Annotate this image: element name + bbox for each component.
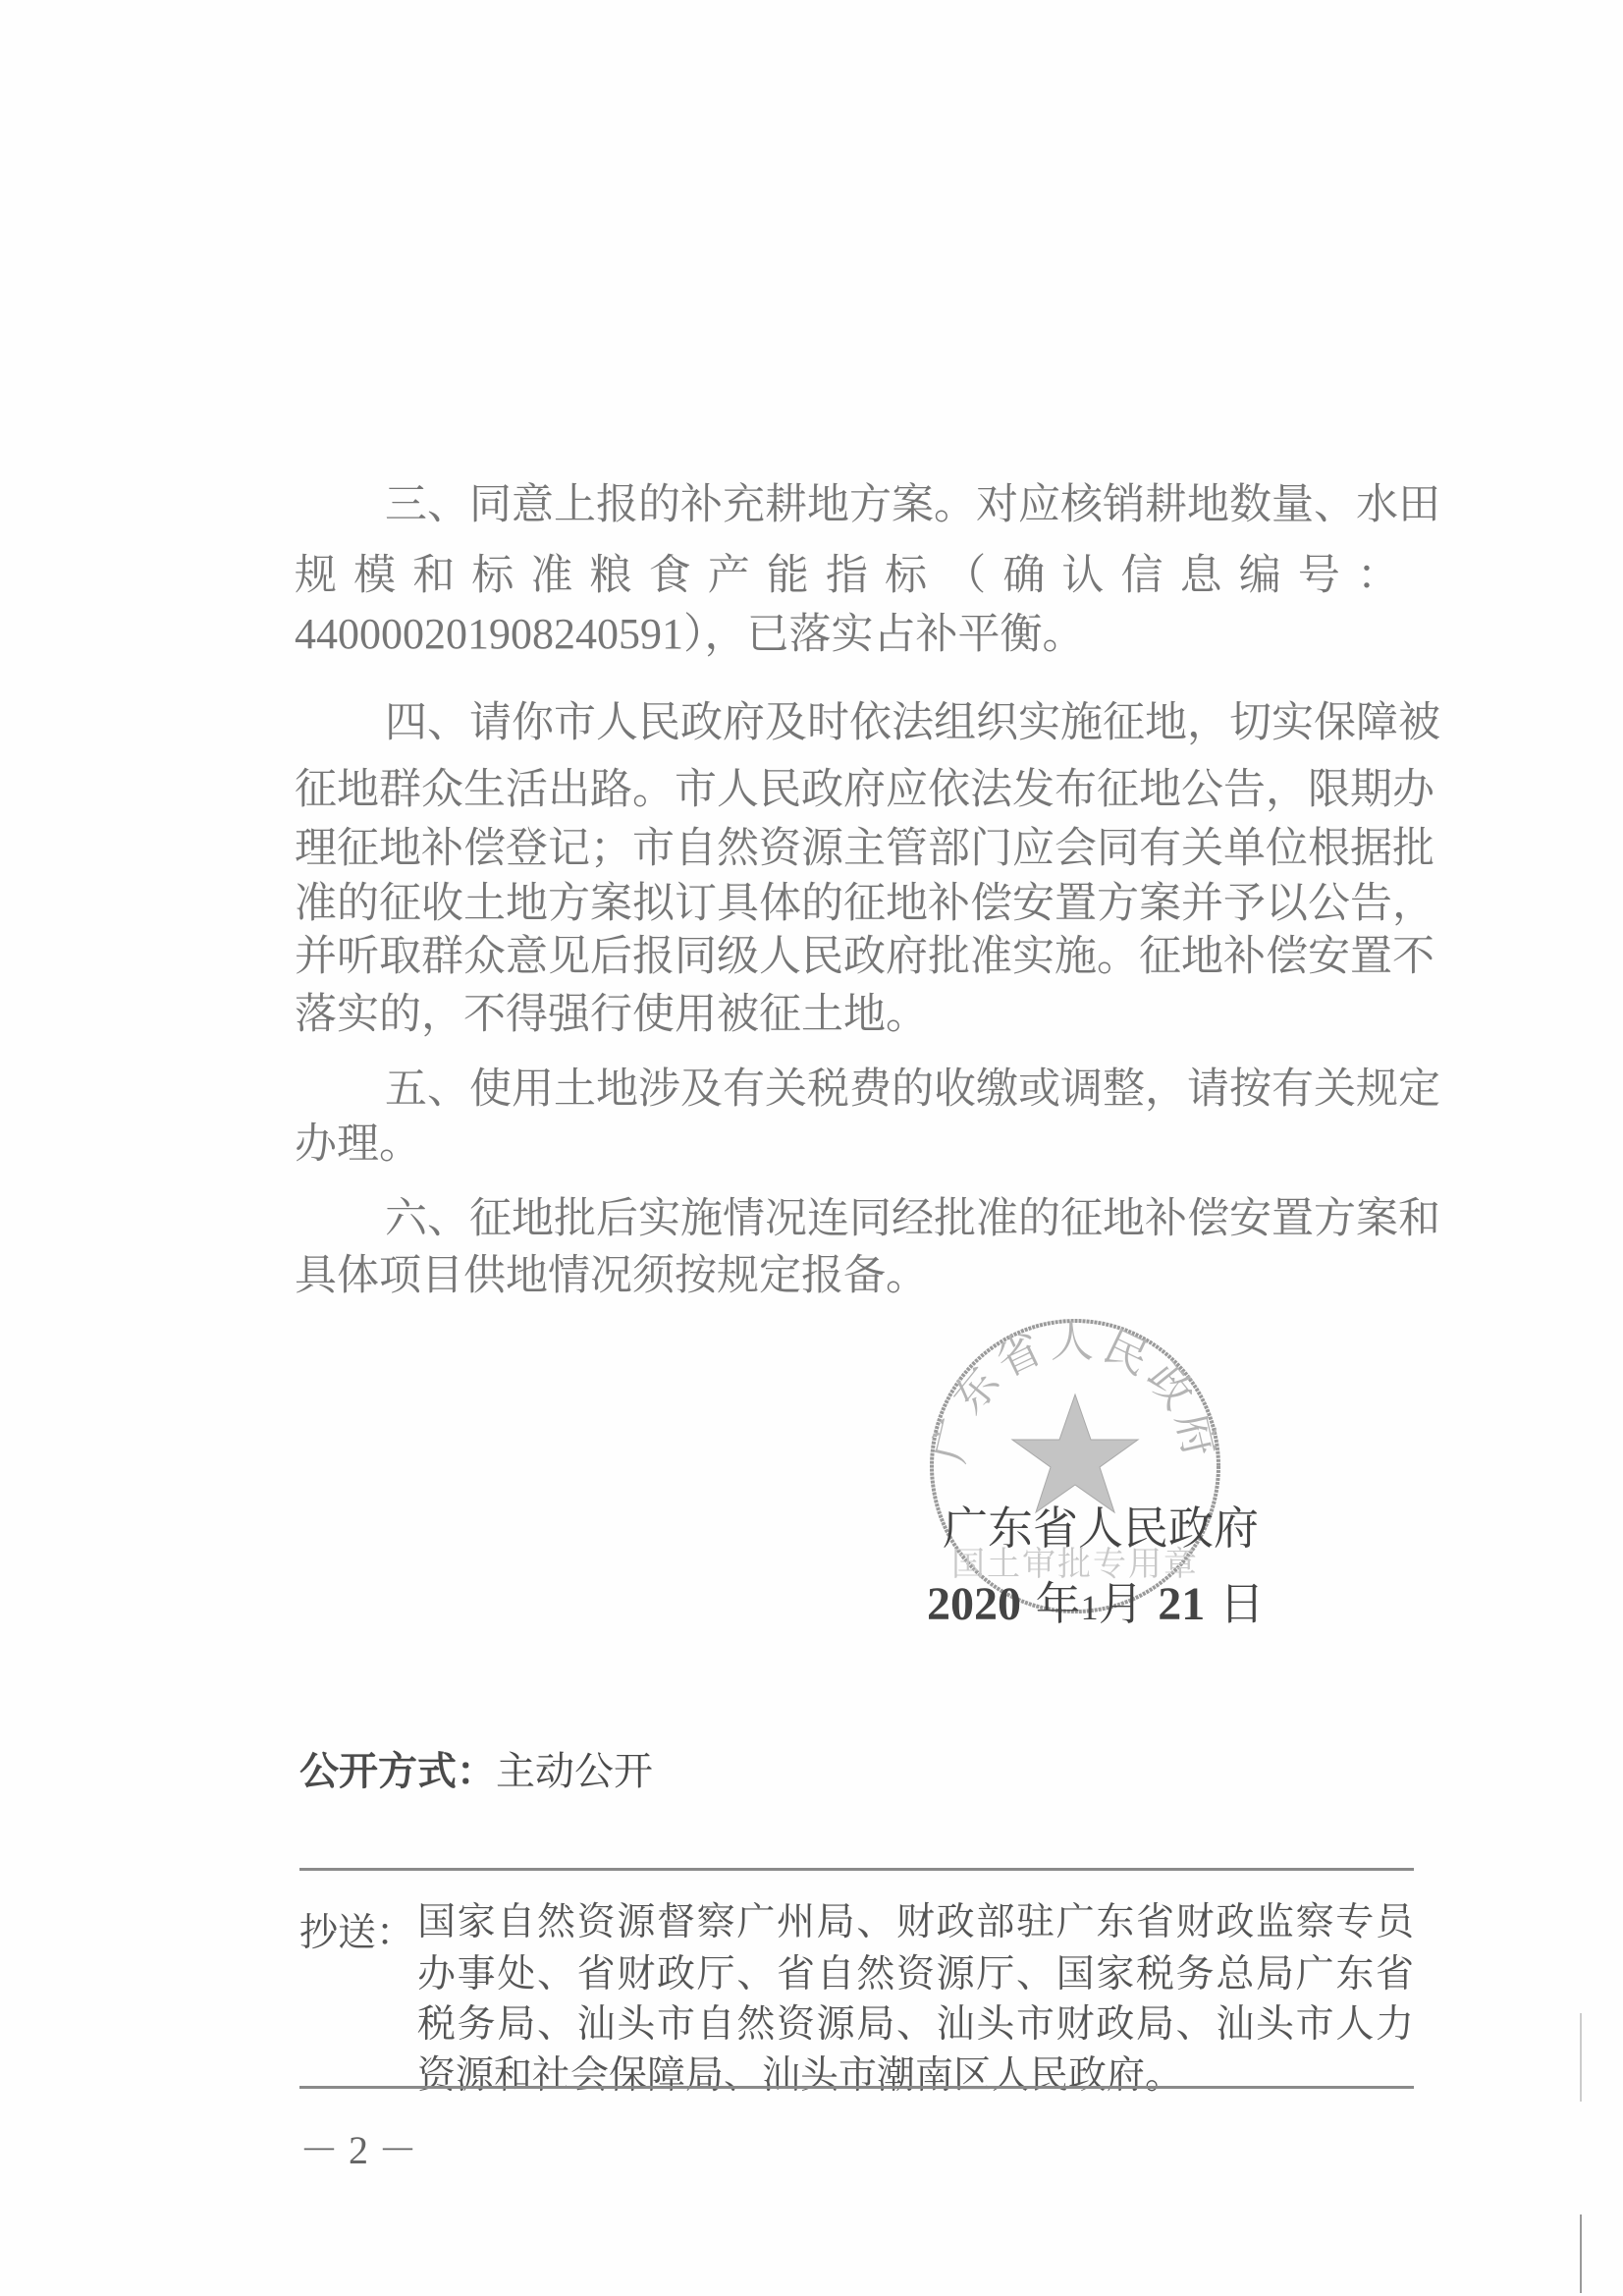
confirmation-number: 440000201908240591 xyxy=(295,610,683,658)
scan-artifact xyxy=(1580,2013,1582,2102)
date-year-unit: 年 xyxy=(1036,1577,1081,1630)
document-page: 三、同意上报的补充耕地方案。对应核销耕地数量、水田 规 模 和 标 准 粮 食 … xyxy=(0,0,1623,2296)
paragraph-3-line-3-tail: ），已落实占补平衡。 xyxy=(683,610,1085,659)
paragraph-4-line-1: 四、请你市人民政府及时依法组织实施征地，切实保障被 xyxy=(385,694,1399,751)
cc-line-4: 资源和社会保障局、汕头市潮南区人民政府。 xyxy=(417,2052,1414,2100)
cc-top-rule xyxy=(299,1868,1414,1871)
paragraph-6-line-1: 六、征地批后实施情况连同经批准的征地补偿安置方案和 xyxy=(385,1190,1399,1247)
cc-label: 抄送： xyxy=(299,1902,414,1957)
paragraph-4-line-2: 征地群众生活出路。市人民政府应依法发布征地公告，限期办 xyxy=(295,761,1399,818)
paragraph-3-line-1: 三、同意上报的补充耕地方案。对应核销耕地数量、水田 xyxy=(385,476,1399,533)
disclosure-method: 公开方式：主动公开 xyxy=(299,1740,653,1796)
paragraph-4-line-4: 准的征收土地方案拟订具体的征地补偿安置方案并予以公告， xyxy=(295,875,1399,932)
disclosure-value: 主动公开 xyxy=(496,1749,653,1794)
paragraph-4-line-6: 落实的，不得强行使用被征土地。 xyxy=(295,986,1399,1043)
date-day: 21 xyxy=(1158,1578,1205,1630)
cc-line-1: 国家自然资源督察广州局、财政部驻广东省财政监察专员 xyxy=(417,1899,1414,1946)
cc-bottom-rule xyxy=(299,2086,1414,2089)
paragraph-5-line-1: 五、使用土地涉及有关税费的收缴或调整，请按有关规定 xyxy=(385,1061,1399,1118)
scan-artifact xyxy=(1580,2214,1582,2293)
cc-line-2: 办事处、省财政厅、省自然资源厅、国家税务总局广东省 xyxy=(417,1951,1414,1998)
issuer-signature: 广东省人民政府 xyxy=(943,1493,1259,1558)
date-month-unit: 月 xyxy=(1099,1577,1144,1630)
paragraph-4-line-5: 并听取群众意见后报同级人民政府批准实施。征地补偿安置不 xyxy=(295,928,1399,985)
paragraph-4-line-3: 理征地补偿登记；市自然资源主管部门应会同有关单位根据批 xyxy=(295,820,1399,877)
page-number: － 2 － xyxy=(299,2119,417,2175)
issue-date: 2020 年1月 21 日 xyxy=(927,1568,1265,1633)
paragraph-3-line-3: 440000201908240591），已落实占补平衡。 xyxy=(295,606,1399,663)
paragraph-6-line-2: 具体项目供地情况须按规定报备。 xyxy=(295,1247,1399,1304)
date-month: 1 xyxy=(1081,1588,1099,1627)
paragraph-5-line-2: 办理。 xyxy=(295,1116,1399,1173)
disclosure-label: 公开方式： xyxy=(299,1748,496,1794)
date-year: 2020 xyxy=(927,1578,1021,1630)
cc-line-3: 税务局、汕头市自然资源局、汕头市财政局、汕头市人力 xyxy=(417,2001,1414,2049)
date-day-unit: 日 xyxy=(1219,1577,1265,1630)
paragraph-3-line-2: 规 模 和 标 准 粮 食 产 能 指 标 （ 确 认 信 息 编 号 ： xyxy=(295,547,1399,604)
